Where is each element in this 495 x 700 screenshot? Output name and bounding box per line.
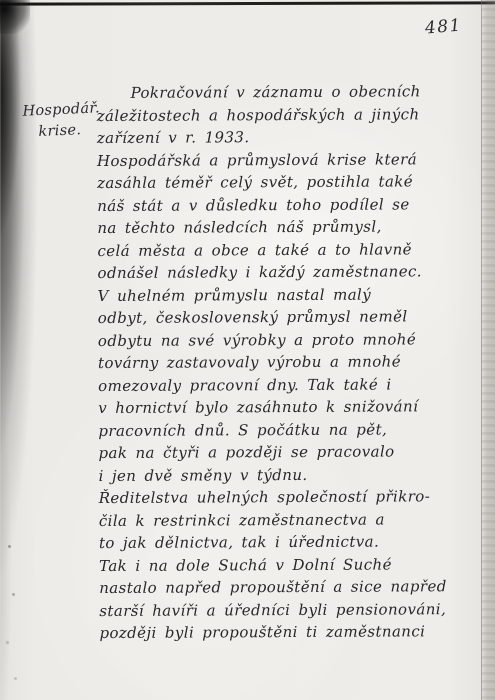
handwritten-line: továrny zastavovaly výrobu a mnohé [98,350,483,375]
manuscript-text: Pokračování v záznamu o obecních záležit… [97,80,485,645]
handwritten-line: později byli propouštěni ti zaměstnanci [99,620,484,645]
scan-corner-blob [0,0,30,34]
handwritten-line: odbytu na své výrobky a proto mnohé [98,327,483,352]
handwritten-line: v hornictví bylo zasáhnuto k snižování [98,395,483,420]
handwritten-line: odnášel následky i každý zaměstnanec. [97,260,482,285]
margin-note-line: Hospodář. [22,98,100,122]
handwritten-line: Hospodářská a průmyslová krise která [97,147,482,172]
page-number: 481 [424,15,463,38]
handwritten-line: Ředitelstva uhelných společností přikro- [99,485,484,510]
handwritten-line: Tak i na dole Suchá v Dolní Suché [99,552,484,577]
handwritten-line: i jen dvě směny v týdnu. [99,462,484,487]
handwritten-line: nastalo napřed propouštění a sice napřed [99,575,484,600]
handwritten-line: záležitostech a hospodářských a jiných [97,102,482,127]
handwritten-line: Pokračování v záznamu o obecních [97,80,482,105]
handwritten-line: odbyt, československý průmysl neměl [98,305,483,330]
handwritten-line: omezovaly pracovní dny. Tak také i [98,372,483,397]
handwritten-line: zasáhla téměř celý svět, postihla také [97,170,482,195]
handwritten-line: na těchto následcích náš průmysl, [97,215,482,240]
handwritten-line: pak na čtyři a později se pracovalo [98,440,483,465]
handwritten-line: to jak dělnictva, tak i úřednictva. [99,530,484,555]
scan-specks [8,545,11,548]
handwritten-line: starší havíři a úředníci byli pensionová… [99,597,484,622]
handwritten-line: V uhelném průmyslu nastal malý [98,282,483,307]
handwritten-line: náš stát a v důsledku toho podílel se [97,192,482,217]
handwritten-line: čila k restrinkci zaměstnanectva a [99,507,484,532]
handwritten-line: celá města a obce a také a to hlavně [97,237,482,262]
handwritten-line: pracovních dnů. S počátku na pět, [98,417,483,442]
scan-edge-top [0,1,495,5]
margin-note: Hospodář. krise. [22,98,101,143]
scanned-manuscript-page: 481 Hospodář. krise. Pokračování v zázna… [0,0,495,700]
margin-note-line: krise. [38,119,101,143]
handwritten-line: zařízení v r. 1933. [97,125,482,150]
